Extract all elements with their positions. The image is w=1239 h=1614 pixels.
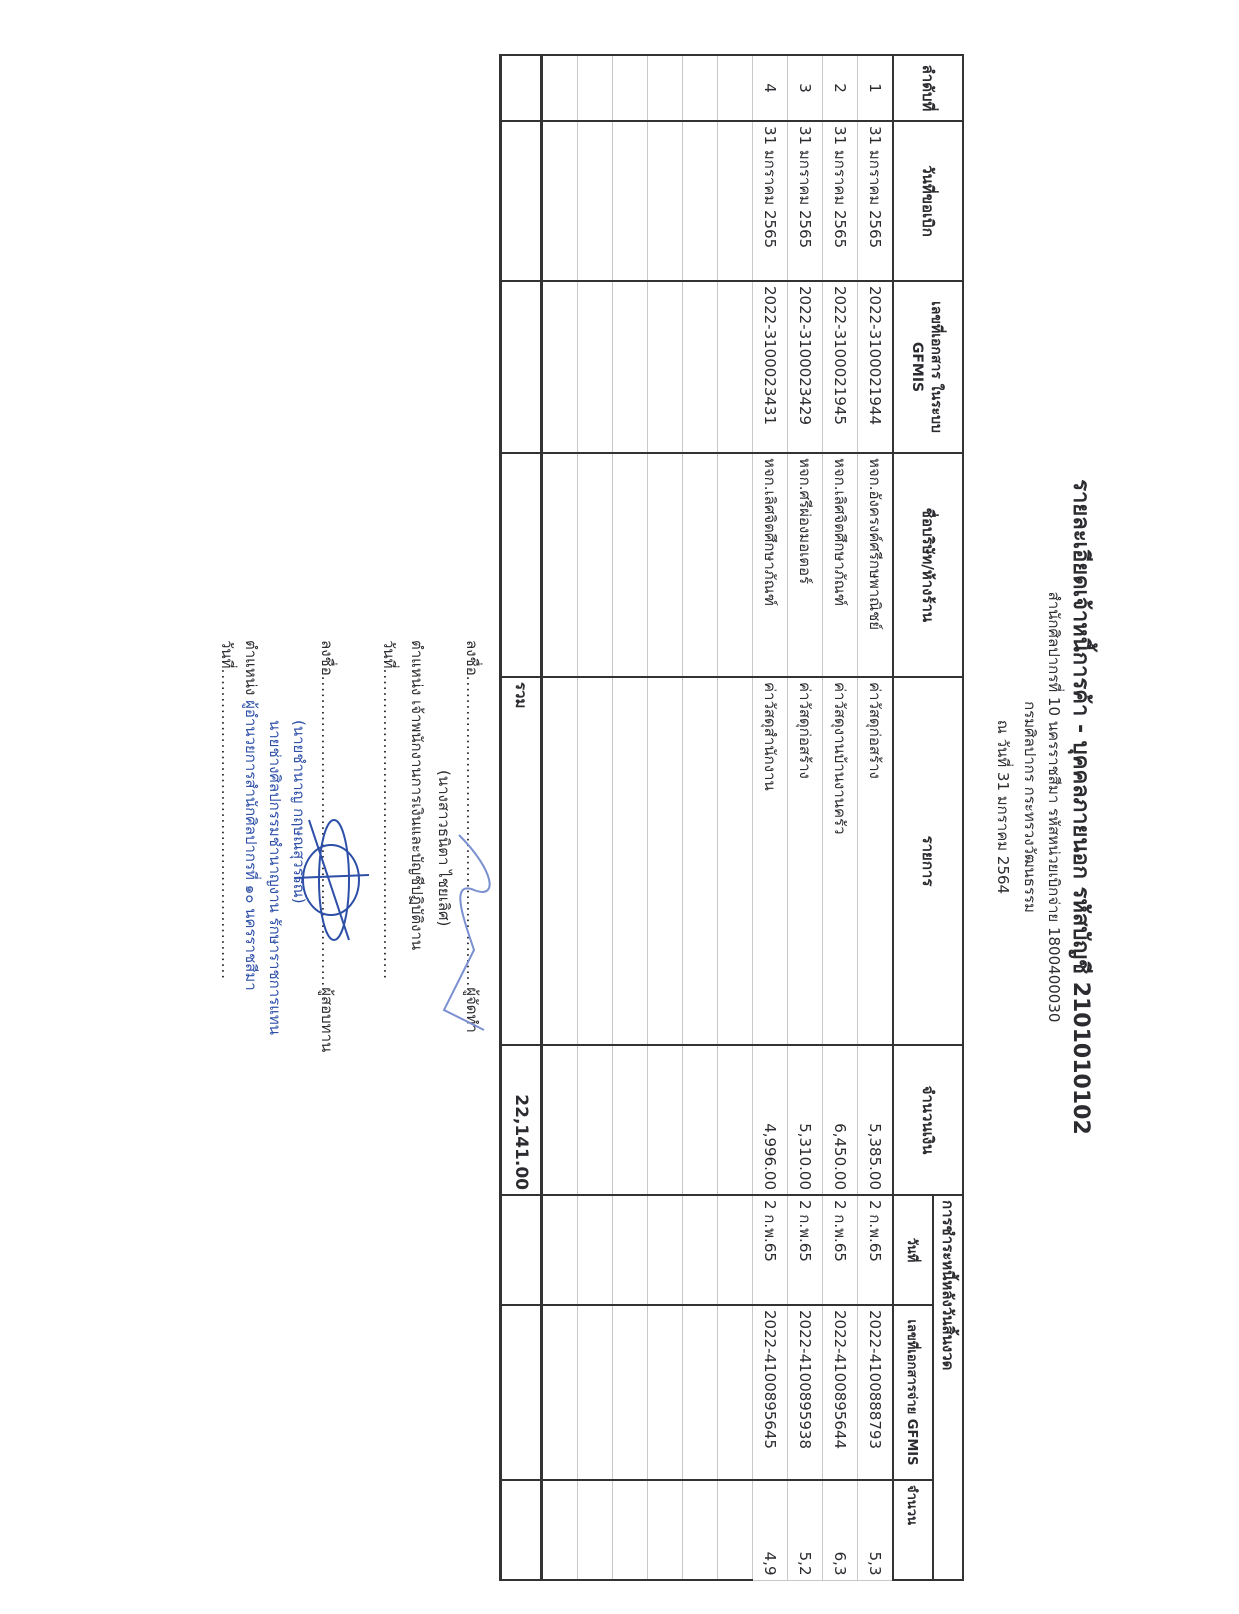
cell-item: ค่าวัสดุงานบ้านงานครัว (823, 677, 858, 1045)
empty-cell (613, 1045, 648, 1195)
empty-cell (613, 677, 648, 1045)
cell-pay-amount: 6,3 (823, 1480, 858, 1580)
empty-cell (718, 453, 753, 677)
cell-amount: 4,996.00 (753, 1045, 788, 1195)
date-label: วันที่ (380, 640, 398, 669)
empty-cell (578, 1305, 613, 1480)
empty-row (718, 55, 753, 1580)
cell-no: 3 (788, 55, 823, 121)
table-row: 231 มกราคม 25652022-3100021945หจก.เลิศจิ… (823, 55, 858, 1580)
empty-cell (613, 453, 648, 677)
empty-cell (718, 677, 753, 1045)
col-pay-date: วันที่ (893, 1195, 933, 1305)
empty-cell (542, 1045, 578, 1195)
empty-cell (683, 1480, 718, 1580)
position-label: ตำแหน่ง (242, 640, 260, 695)
empty-cell (501, 1480, 542, 1580)
ministry-line: กรมศิลปากร กระทรวงวัฒนธรรม (1018, 0, 1042, 1614)
total-amount: 22,141.00 (501, 1045, 542, 1195)
empty-cell (542, 1480, 578, 1580)
date-dots: ........................................… (218, 669, 236, 980)
preparer-name: (นางสาวธนิตา ไชยเลิศ) (432, 770, 456, 926)
empty-cell (683, 121, 718, 281)
empty-cell (683, 677, 718, 1045)
cell-pay-amount: 5,3 (858, 1480, 894, 1580)
empty-cell (578, 1045, 613, 1195)
empty-cell (578, 453, 613, 677)
cell-no: 1 (858, 55, 894, 121)
cell-no: 4 (753, 55, 788, 121)
empty-cell (718, 1305, 753, 1480)
reviewer-position-2: ตำแหน่ง ผู้อำนวยการสำนักศิลปากรที่ ๑๐ นค… (239, 640, 263, 991)
date-dots: ........................................… (380, 669, 398, 980)
cell-pay-doc: 2022-4100895938 (788, 1305, 823, 1480)
empty-cell (613, 281, 648, 453)
table-row: 431 มกราคม 25652022-3100023431หจก.เลิศจิ… (753, 55, 788, 1580)
preparer-date-line: วันที่..................................… (377, 640, 401, 980)
empty-cell (578, 281, 613, 453)
col-amount: จำนวนเงิน (893, 1045, 963, 1195)
col-no: ลำดับที่ (893, 55, 963, 121)
empty-cell (501, 281, 542, 453)
cell-gfmis-doc: 2022-3100023429 (788, 281, 823, 453)
cell-amount: 5,385.00 (858, 1045, 894, 1195)
cell-gfmis-doc: 2022-3100021945 (823, 281, 858, 453)
cell-gfmis-doc: 2022-3100023431 (753, 281, 788, 453)
empty-cell (542, 677, 578, 1045)
empty-cell (648, 453, 683, 677)
empty-cell (501, 1195, 542, 1305)
reviewer-date-line: วันที่..................................… (215, 640, 239, 980)
cell-no: 2 (823, 55, 858, 121)
cell-vendor: หจก.ศรีผ่องมอเตอร์ (788, 453, 823, 677)
empty-cell (542, 55, 578, 121)
creditor-table: ลำดับที่ วันที่ขอเบิก เลขที่เอกสาร ในระบ… (499, 54, 964, 1581)
cell-pay-date: 2 ก.พ.65 (858, 1195, 894, 1305)
empty-cell (578, 677, 613, 1045)
empty-cell (501, 1305, 542, 1480)
empty-cell (613, 1305, 648, 1480)
empty-cell (613, 1195, 648, 1305)
empty-row (683, 55, 718, 1580)
empty-cell (683, 1305, 718, 1480)
document-title: รายละเอียดเจ้าหนี้การค้า - บุคคลภายนอก ร… (1064, 0, 1099, 1614)
col-gfmis-doc: เลขที่เอกสาร ในระบบ GFMIS (893, 281, 963, 453)
table-row: 331 มกราคม 25652022-3100023429หจก.ศรีผ่อ… (788, 55, 823, 1580)
empty-cell (683, 1045, 718, 1195)
reviewer-name: (นายชำนาญ กฤษณสุวรรณ) (287, 720, 311, 904)
empty-cell (648, 1305, 683, 1480)
cell-request-date: 31 มกราคม 2565 (753, 121, 788, 281)
cell-vendor: หจก.เลิศจิตศึกษาภัณฑ์ (753, 453, 788, 677)
col-payment-group: การชำระหนี้หลังวันสิ้นงวด (933, 1195, 963, 1580)
empty-cell (648, 55, 683, 121)
cell-pay-doc: 2022-4100895644 (823, 1305, 858, 1480)
empty-cell (718, 1045, 753, 1195)
total-label: รวม (501, 677, 542, 1045)
reviewer-position-1: นายช่างศิลปกรรมชำนาญงาน รักษาราชการแทน (263, 720, 287, 1035)
empty-cell (578, 55, 613, 121)
empty-cell (718, 121, 753, 281)
empty-row (613, 55, 648, 1580)
empty-cell (542, 1305, 578, 1480)
sign-label: ลงชื่อ (463, 640, 481, 676)
cell-vendor: หจก.เลิศจิตศึกษาภัณฑ์ (823, 453, 858, 677)
cell-pay-date: 2 ก.พ.65 (788, 1195, 823, 1305)
cell-pay-date: 2 ก.พ.65 (823, 1195, 858, 1305)
empty-cell (683, 55, 718, 121)
cell-pay-doc: 2022-4100895645 (753, 1305, 788, 1480)
empty-cell (501, 121, 542, 281)
cell-pay-amount: 5,2 (788, 1480, 823, 1580)
col-pay-doc: เลขที่เอกสารจ่าย GFMIS (893, 1305, 933, 1480)
col-vendor: ชื่อบริษัท/ห้างร้าน (893, 453, 963, 677)
cell-request-date: 31 มกราคม 2565 (858, 121, 894, 281)
position-value: ผู้อำนวยการสำนักศิลปากรที่ ๑๐ นครราชสีมา (242, 700, 260, 991)
date-line: ณ วันที่ 31 มกราคม 2564 (991, 0, 1015, 1614)
cell-request-date: 31 มกราคม 2565 (788, 121, 823, 281)
empty-cell (648, 121, 683, 281)
col-item: รายการ (893, 677, 963, 1045)
empty-row (648, 55, 683, 1580)
cell-item: ค่าวัสดุสำนักงาน (753, 677, 788, 1045)
empty-cell (578, 1480, 613, 1580)
empty-cell (683, 281, 718, 453)
cell-gfmis-doc: 2022-3100021944 (858, 281, 894, 453)
empty-cell (648, 1045, 683, 1195)
empty-cell (683, 453, 718, 677)
cell-pay-amount: 4,9 (753, 1480, 788, 1580)
empty-cell (542, 121, 578, 281)
empty-cell (648, 1480, 683, 1580)
col-request-date: วันที่ขอเบิก (893, 121, 963, 281)
empty-cell (718, 1195, 753, 1305)
cell-vendor: หจก.อังครงค์ศรีกษพาณิชย์ (858, 453, 894, 677)
col-pay-amount: จำนวน (893, 1480, 933, 1580)
empty-cell (683, 1195, 718, 1305)
empty-cell (501, 55, 542, 121)
preparer-position: ตำแหน่ง เจ้าพนักงานการเงินและบัญชีปฏิบัต… (405, 640, 429, 950)
empty-cell (718, 55, 753, 121)
empty-cell (613, 55, 648, 121)
cell-amount: 6,450.00 (823, 1045, 858, 1195)
empty-cell (613, 121, 648, 281)
empty-cell (578, 1195, 613, 1305)
date-label: วันที่ (218, 640, 236, 669)
empty-cell (648, 1195, 683, 1305)
table-row: 131 มกราคม 25652022-3100021944หจก.อังครง… (858, 55, 894, 1580)
empty-cell (718, 1480, 753, 1580)
empty-cell (613, 1480, 648, 1580)
cell-request-date: 31 มกราคม 2565 (823, 121, 858, 281)
empty-cell (578, 121, 613, 281)
cell-amount: 5,310.00 (788, 1045, 823, 1195)
unit-line: สำนักศิลปากรที่ 10 นครราชสีมา รหัสหน่วยเ… (1042, 0, 1066, 1614)
sign-label: ลงชื่อ (318, 640, 336, 676)
empty-cell (542, 453, 578, 677)
cell-pay-date: 2 ก.พ.65 (753, 1195, 788, 1305)
empty-cell (542, 1195, 578, 1305)
empty-cell (501, 453, 542, 677)
reviewer-role: ผู้สอบทาน (318, 987, 336, 1052)
empty-cell (648, 281, 683, 453)
empty-cell (648, 677, 683, 1045)
cell-item: ค่าวัสดุก่อสร้าง (788, 677, 823, 1045)
document-page: รายละเอียดเจ้าหนี้การค้า - บุคคลภายนอก ร… (0, 0, 1239, 1614)
empty-cell (542, 281, 578, 453)
empty-cell (718, 281, 753, 453)
empty-row (542, 55, 578, 1580)
cell-item: ค่าวัสดุก่อสร้าง (858, 677, 894, 1045)
empty-row (578, 55, 613, 1580)
cell-pay-doc: 2022-4100888793 (858, 1305, 894, 1480)
total-row: รวม22,141.00 (501, 55, 542, 1580)
